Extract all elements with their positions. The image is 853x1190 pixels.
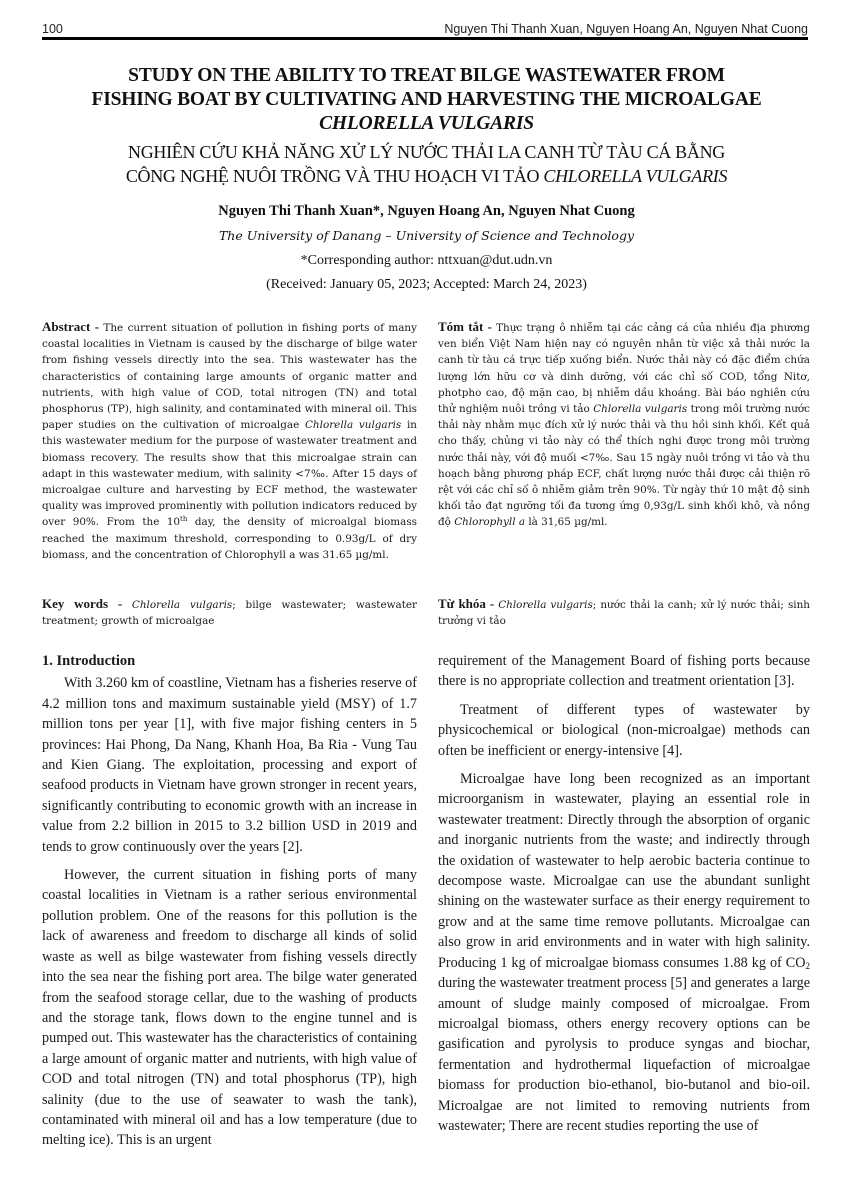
tom-tat-chlorophyll: Chlorophyll a [454,516,525,528]
abstract-species: Chlorella vulgaris [305,419,401,431]
title-en-line-3: CHLORELLA VULGARIS [20,112,833,136]
tu-khoa-label: Từ khóa - [438,596,498,611]
subscript: 2 [806,961,811,971]
received-accepted-dates: (Received: January 05, 2023; Accepted: M… [0,277,853,293]
keywords-vietnamese: Từ khóa - Chlorella vulgaris; nước thải … [438,596,810,629]
title-en-line-2: FISHING BOAT BY CULTIVATING AND HARVESTI… [20,88,833,112]
running-header-authors: Nguyen Thi Thanh Xuan, Nguyen Hoang An, … [444,22,808,36]
introduction-right-column: requirement of the Management Board of f… [438,651,810,1144]
header-rule [42,37,808,40]
title-english: STUDY ON THE ABILITY TO TREAT BILGE WAST… [20,64,833,136]
tom-tat-text: Thực trạng ô nhiễm tại các cảng cá của n… [438,322,810,415]
keywords-label: Key words - [42,596,132,611]
paragraph: Microalgae have long been recognized as … [438,769,810,1136]
paragraph: Treatment of different types of wastewat… [438,700,810,761]
title-vi-line-2-text: CÔNG NGHỆ NUÔI TRỒNG VÀ THU HOẠCH VI TẢO [126,166,544,186]
tom-tat-text: trong môi trường nước thải này nhằm mục … [438,403,810,528]
tom-tat-label: Tóm tắt - [438,319,496,334]
keywords-english: Key words - Chlorella vulgaris; bilge wa… [42,596,417,629]
title-vi-line-1: NGHIÊN CỨU KHẢ NĂNG XỬ LÝ NƯỚC THẢI LA C… [20,140,833,164]
author-list: Nguyen Thi Thanh Xuan*, Nguyen Hoang An,… [0,203,853,220]
abstract-text: in this wastewater medium for the purpos… [42,419,417,528]
abstract-vietnamese: Tóm tắt - Thực trạng ô nhiễm tại các cản… [438,319,810,531]
abstract-label: Abstract - [42,319,103,334]
section-heading-introduction: 1. Introduction [42,651,417,671]
title-vietnamese: NGHIÊN CỨU KHẢ NĂNG XỬ LÝ NƯỚC THẢI LA C… [20,140,833,188]
corresponding-author: *Corresponding author: nttxuan@dut.udn.v… [0,253,853,269]
introduction-left-column: 1. Introduction With 3.260 km of coastli… [42,651,417,1159]
abstract-text: The current situation of pollution in fi… [42,322,417,431]
tu-khoa-species: Chlorella vulgaris [498,599,593,611]
paragraph-text: during the wastewater treatment process … [438,975,810,1134]
tom-tat-text: là 31,65 µg/ml. [525,516,608,528]
abstract-english: Abstract - The current situation of poll… [42,319,417,563]
running-header: 100 Nguyen Thi Thanh Xuan, Nguyen Hoang … [42,22,808,38]
paragraph: However, the current situation in fishin… [42,865,417,1151]
title-vi-line-2: CÔNG NGHỆ NUÔI TRỒNG VÀ THU HOẠCH VI TẢO… [20,164,833,188]
paragraph-text: Microalgae have long been recognized as … [438,771,810,971]
title-vi-species: CHLORELLA VULGARIS [543,166,727,186]
page-number: 100 [42,22,63,36]
tom-tat-species: Chlorella vulgaris [593,403,687,415]
keyword-species: Chlorella vulgaris [132,599,232,611]
title-en-line-1: STUDY ON THE ABILITY TO TREAT BILGE WAST… [20,64,833,88]
affiliation: The University of Danang – University of… [0,228,853,243]
paragraph: With 3.260 km of coastline, Vietnam has … [42,673,417,857]
paragraph-continuation: requirement of the Management Board of f… [438,651,810,692]
